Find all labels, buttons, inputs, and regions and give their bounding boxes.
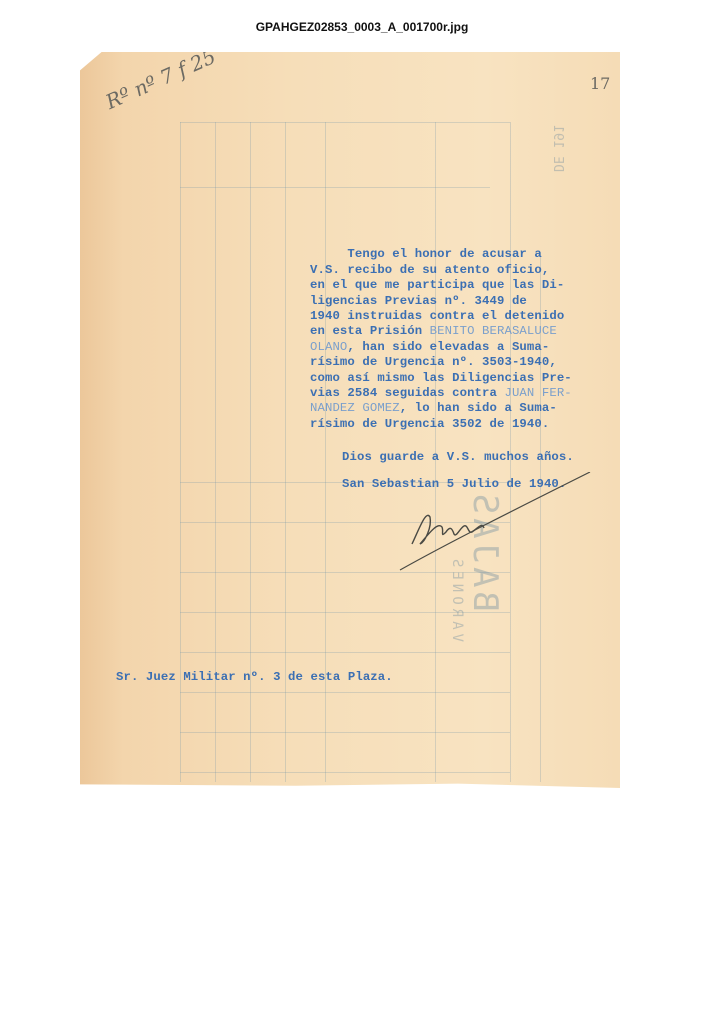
signature [390,472,610,582]
document-page: BAJAS VARONES DE 191 Rº nº 7 f 25 17 Ten… [80,52,620,788]
second-prisoner-name: JUAN FER- [504,386,571,400]
addressee: Sr. Juez Militar nº. 3 de esta Plaza. [116,670,393,685]
pencil-annotation: Rº nº 7 f 25 [102,44,219,114]
page-number: 17 [590,74,610,93]
closing: Dios guarde a V.S. muchos años. [342,450,574,465]
show-through-header: DE 191 [550,125,565,172]
letter-body: Tengo el honor de acusar a V.S. recibo d… [310,232,572,432]
file-title: GPAHGEZ02853_0003_A_001700r.jpg [0,20,724,34]
prisoner-name: BENITO BERASALUCE [430,324,557,338]
